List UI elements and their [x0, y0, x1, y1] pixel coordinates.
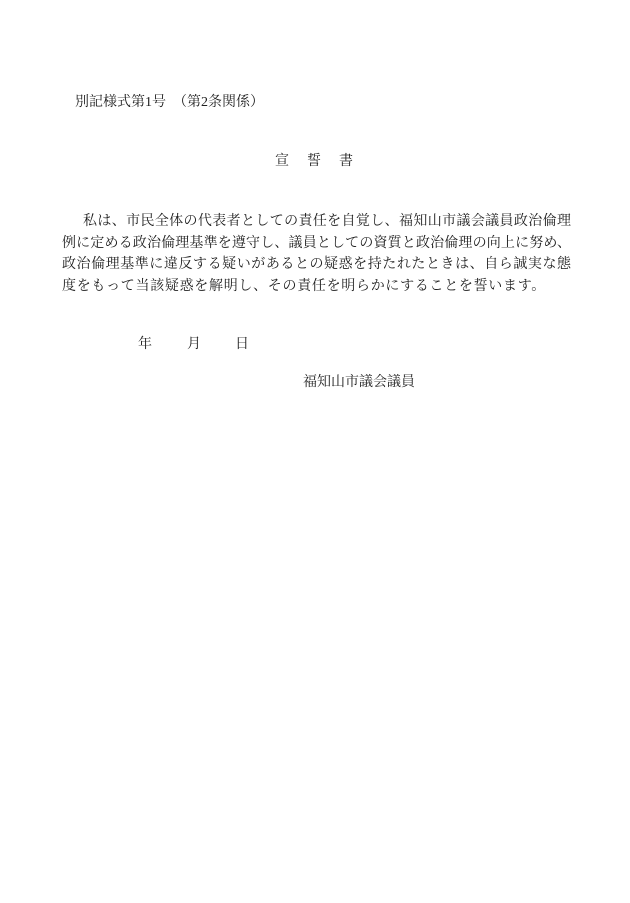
oath-body-line-2: 例に定める政治倫理基準を遵守し、議員としての資質と政治倫理の向上に努め、 — [62, 233, 571, 255]
document-title: 宣 誓 書 — [0, 155, 630, 169]
oath-body: 私は、市民全体の代表者としての責任を自覚し、福知山市議会議員政治倫理条 例に定め… — [62, 211, 571, 297]
oath-body-line-1: 私は、市民全体の代表者としての責任を自覚し、福知山市議会議員政治倫理条 — [62, 211, 571, 233]
oath-document-page: 別記様式第1号 （第2条関係） 宣 誓 書 私は、市民全体の代表者としての責任を… — [0, 0, 630, 903]
oath-body-line-4: 度をもって当該疑惑を解明し、その責任を明らかにすることを誓います。 — [62, 276, 571, 298]
date-line: 年 月 日 — [0, 338, 630, 354]
form-number-label: 別記様式第1号 （第2条関係） — [75, 96, 264, 110]
oath-body-line-3: 政治倫理基準に違反する疑いがあるとの疑惑を持たれたときは、自ら誠実な態 — [62, 254, 571, 276]
year-label: 年 — [138, 338, 152, 352]
month-label: 月 — [187, 338, 201, 352]
signatory-title: 福知山市議会議員 — [303, 376, 415, 390]
day-label: 日 — [235, 338, 249, 352]
